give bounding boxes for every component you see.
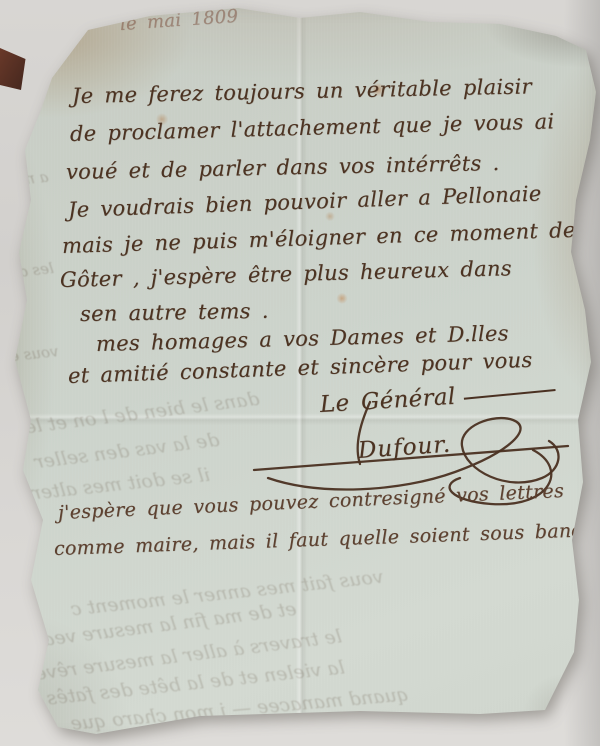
letter-line: sen autre tems . [80,299,269,326]
showthrough-fragment: dans le bien de l on et le [24,388,261,439]
letter-line: mais je ne puis m'éloigner en ce moment … [62,218,576,258]
showthrough-fragment: vous et [3,342,59,366]
letter-line: voué et de parler dans vos intérrêts . [66,151,500,184]
letter-line: Gôter , j'espère être plus heureux dans [60,256,512,292]
showthrough-fragment: les der [1,259,55,283]
letter-line: de proclamer l'attachement que je vous a… [70,109,555,146]
dateline-fragment: le mai 1809 [119,6,239,35]
letter-line: Je voudrais bien pouvoir aller a Pellona… [68,181,542,222]
postscript-line: comme maire, mais il faut quelle soient … [54,519,600,560]
letter-line: Je me ferez toujours un véritable plaisi… [72,74,532,108]
letter-paper: le mai 1809 a mes les der vous et dans l… [0,0,600,746]
letter-photograph: le mai 1809 a mes les der vous et dans l… [0,0,600,746]
letter-paper-surface: le mai 1809 a mes les der vous et dans l… [0,0,600,746]
showthrough-fragment: a mes [3,168,49,191]
